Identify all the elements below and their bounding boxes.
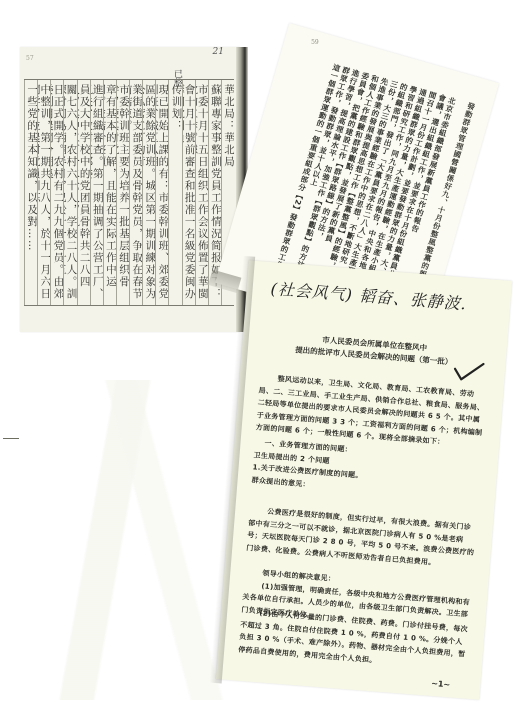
report-page: (社会风气) 韬奋、张静波. 市人民委员会所属单位在整风中 提出的批评市人民委员… bbox=[216, 260, 512, 699]
manuscript-column: 一些党的基本知識，以及對…… bbox=[24, 80, 37, 305]
manuscript-column: 日正式開学。农村有二九九個党员。由郊委利用農閑分期集 bbox=[50, 80, 63, 305]
manuscript-column: 進行組織審查。第一期抽调了公营工厂、机关、农村支部委 bbox=[90, 80, 103, 305]
manuscript-column: 區的業餘党训班。城区第一期训練对象为公私营工厂的行 bbox=[142, 80, 155, 305]
report-paragraph-opinion: 公费医疗是很好的制度，但实行过早，有很大浪费。据有关门诊部中有三分之一可以不就诊… bbox=[246, 504, 477, 572]
manuscript-column: 現已開始上課的有：市委幹训班、郊委党训班、城区八個 bbox=[155, 80, 168, 305]
manuscript-column: 章有基本的了解，且能在实际工作中运用。並结合整頓 bbox=[103, 80, 116, 305]
manuscript-column: 传训划： bbox=[168, 80, 181, 305]
manuscript-column: 會十月十號前審查和批准一名級党委闽办華闽党训員 bbox=[182, 80, 195, 305]
manuscript-page: 57 21 已整 華北局：華北局蘇聯專家事整訓党員工作情況简报如下：市委十月十五… bbox=[20, 47, 240, 332]
manuscript-column: 員及大中学校中的党团員骨幹共二八四人，其中工厂一二七人，机 bbox=[77, 80, 90, 305]
manuscript-column: 中整训，第一期共九八人，於十一月六日開学，並農村党員训练 bbox=[37, 80, 50, 305]
manuscript-column: 市委幹训班主要为培养一批基层组织骨幹，使其对党 bbox=[116, 80, 129, 305]
handwritten-header: (社会风气) 韬奋、张静波. bbox=[270, 276, 468, 314]
margin-note: 21 bbox=[213, 47, 224, 57]
manuscript-column: 市委十月十五日组织工作会议佈置了華閩党的工作。據 bbox=[195, 80, 208, 305]
manuscript-column: 關七六人，农村六十人，学校二八人。訓練时间為兩個半月，已於十一月十五 bbox=[63, 80, 76, 305]
page-number: 57 bbox=[26, 55, 34, 62]
manuscript-column: 業街道支部委员及骨幹党员，争取在春节前结束。 bbox=[129, 80, 142, 305]
page-footer: ~1~ bbox=[431, 679, 451, 689]
background-watermark bbox=[0, 380, 230, 700]
page-number: 59 bbox=[311, 39, 319, 46]
report-title: 市人民委员会所属单位在整风中 提出的批评市人民委员会解决的问题（第一批） bbox=[242, 328, 507, 373]
manuscript-columns: 華北局：華北局蘇聯專家事整訓党員工作情況简报如下：市委十月十五日组织工作会议佈置… bbox=[24, 79, 234, 306]
stray-mark bbox=[3, 438, 19, 439]
